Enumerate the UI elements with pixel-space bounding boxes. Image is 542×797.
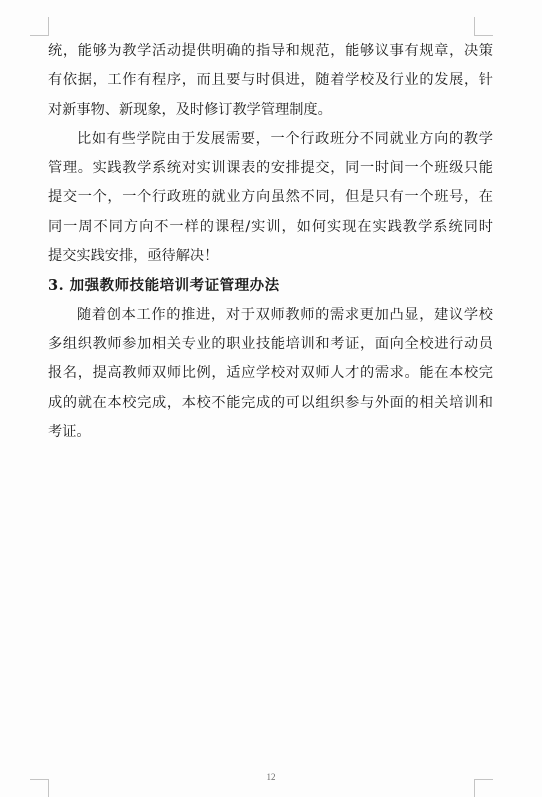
text-line: 多组织教师参加相关专业的职业技能培训和考证，面向全校进行动员 xyxy=(48,330,493,359)
text-line: 考证。 xyxy=(48,418,493,447)
crop-mark-top-left xyxy=(30,17,49,36)
text-line: 管理。实践教学系统对实训课表的安排提交，同一时间一个班级只能 xyxy=(48,154,493,183)
text-line: 报名，提高教师双师比例，适应学校对双师人才的需求。能在本校完 xyxy=(48,359,493,388)
paragraph-3: 随着创本工作的推进，对于双师教师的需求更加凸显，建议学校 多组织教师参加相关专业… xyxy=(48,301,493,447)
crop-mark-top-right xyxy=(474,17,493,36)
text-line: 提交实践安排，亟待解决！ xyxy=(48,242,493,271)
text-line: 随着创本工作的推进，对于双师教师的需求更加凸显，建议学校 xyxy=(48,301,493,330)
text-line: 对新事物、新现象，及时修订教学管理制度。 xyxy=(48,96,493,125)
document-body: 统，能够为教学活动提供明确的指导和规范，能够议事有规章，决策 有依据，工作有程序… xyxy=(48,37,493,447)
page-number: 12 xyxy=(0,772,542,782)
text-line: 同一周不同方向不一样的课程/实训，如何实现在实践教学系统同时 xyxy=(48,213,493,242)
text-line: 有依据，工作有程序，而且要与时俱进，随着学校及行业的发展，针 xyxy=(48,66,493,95)
text-line: 比如有些学院由于发展需要，一个行政班分不同就业方向的教学 xyxy=(48,125,493,154)
text-line: 统，能够为教学活动提供明确的指导和规范，能够议事有规章，决策 xyxy=(48,37,493,66)
text-line: 成的就在本校完成，本校不能完成的可以组织参与外面的相关培训和 xyxy=(48,389,493,418)
paragraph-1: 统，能够为教学活动提供明确的指导和规范，能够议事有规章，决策 有依据，工作有程序… xyxy=(48,37,493,125)
paragraph-2: 比如有些学院由于发展需要，一个行政班分不同就业方向的教学 管理。实践教学系统对实… xyxy=(48,125,493,271)
text-line: 提交一个，一个行政班的就业方向虽然不同，但是只有一个班号，在 xyxy=(48,183,493,212)
section-heading: 3. 加强教师技能培训考证管理办法 xyxy=(48,271,493,300)
document-page: 统，能够为教学活动提供明确的指导和规范，能够议事有规章，决策 有依据，工作有程序… xyxy=(0,0,542,797)
